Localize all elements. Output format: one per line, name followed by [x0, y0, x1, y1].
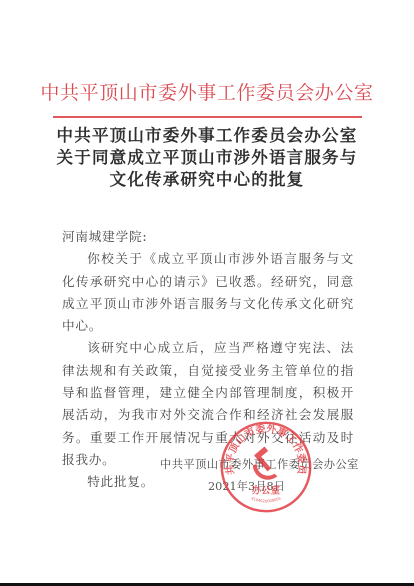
issue-date: 2021年3月8日: [208, 479, 285, 495]
issuer-signature: 中共平顶山市委外事工作委员会办公室: [160, 457, 360, 473]
body-paragraph-1: 你校关于《成立平顶山市涉外语言服务与文化传承研究中心的请示》已收悉。经研究，同意…: [62, 248, 354, 337]
document-title-line-3: 文化传承研究中心的批复: [0, 169, 414, 191]
svg-text:4104020000055: 4104020000055: [250, 496, 282, 503]
document-title-line-1: 中共平顶山市委外事工作委员会办公室: [0, 125, 414, 147]
letterhead-title: 中共平顶山市委外事工作委员会办公室: [0, 80, 414, 106]
body-paragraph-2: 该研究中心成立后，应当严格遵守宪法、法律法规和有关政策，自觉接受业务主管单位的指…: [62, 337, 354, 471]
document-page: 中共平顶山市委外事工作委员会办公室 中共平顶山市委外事工作委员会办公室 关于同意…: [0, 0, 414, 583]
salutation: 河南城建学院:: [62, 226, 354, 248]
document-title-line-2: 关于同意成立平顶山市涉外语言服务与: [0, 147, 414, 169]
letterhead-red-rule: [53, 116, 362, 118]
document-title: 中共平顶山市委外事工作委员会办公室 关于同意成立平顶山市涉外语言服务与 文化传承…: [0, 125, 414, 191]
document-body: 河南城建学院: 你校关于《成立平顶山市涉外语言服务与文化传承研究中心的请示》已收…: [62, 226, 354, 494]
seal-serial: 4104020000055: [250, 496, 282, 503]
